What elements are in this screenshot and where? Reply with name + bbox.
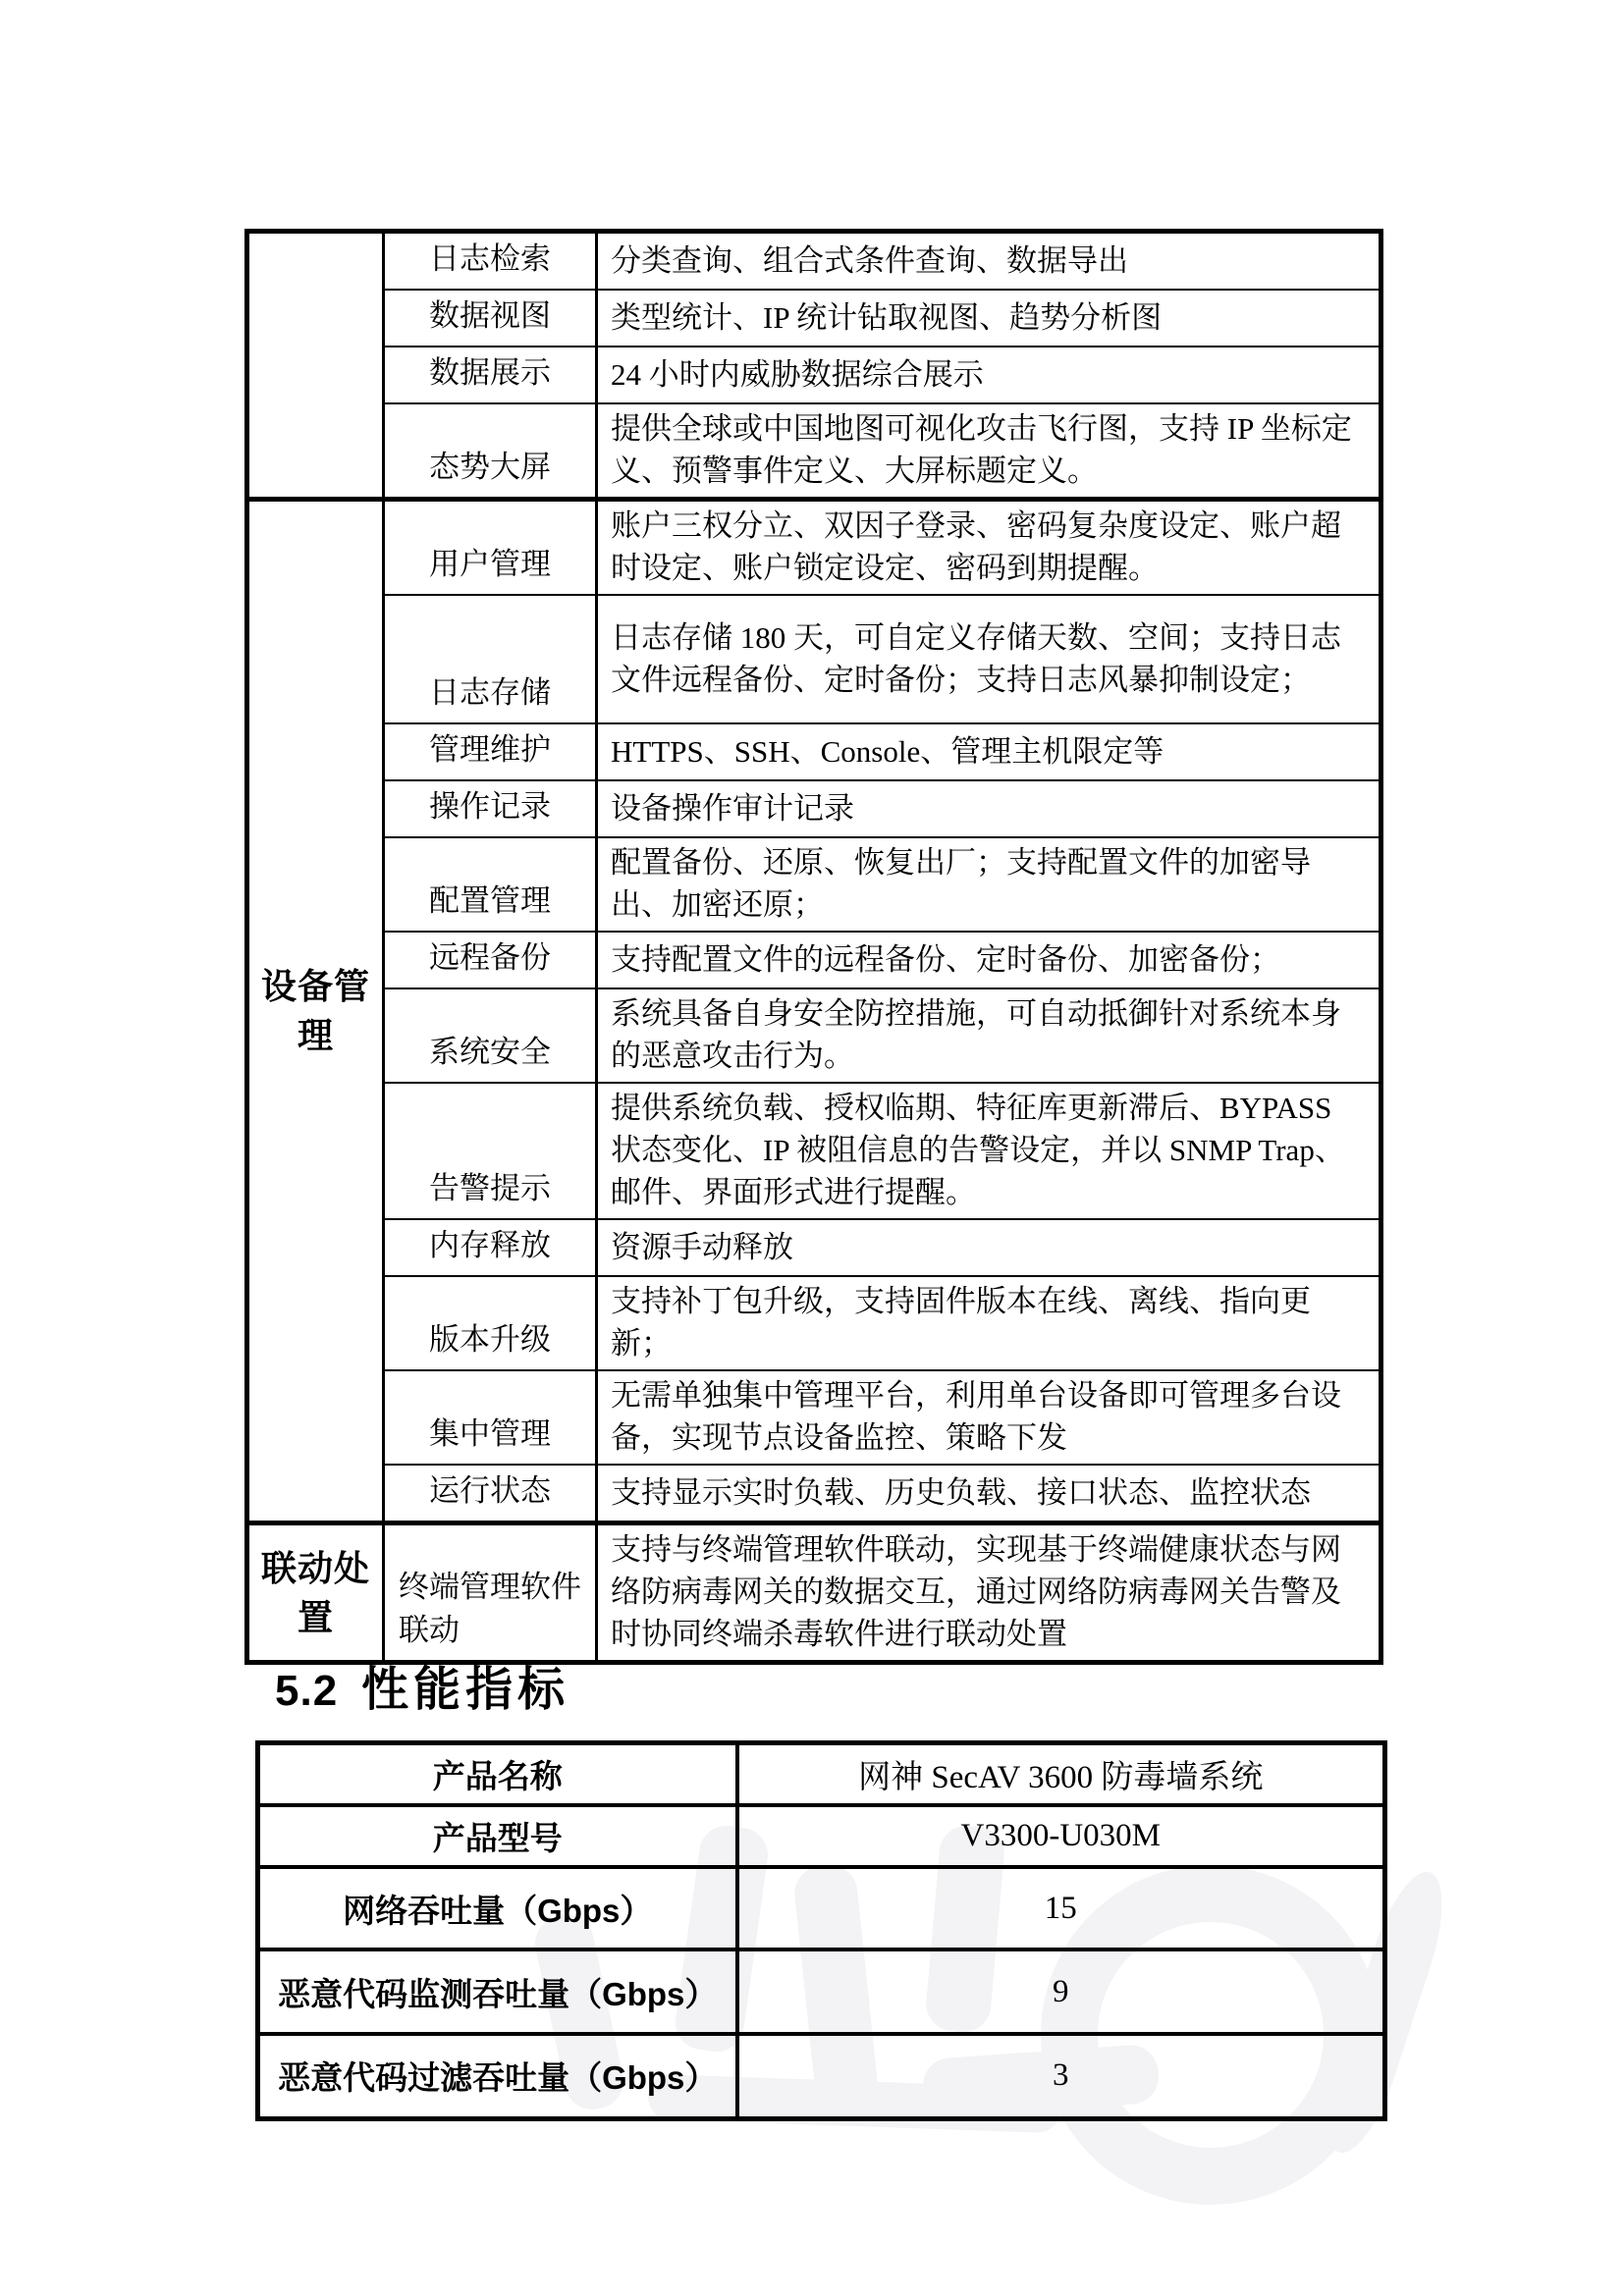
performance-row: 恶意代码过滤吞吐量（Gbps）3 [258, 2034, 1385, 2118]
feature-desc-cell: 24 小时内威胁数据综合展示 [597, 347, 1381, 403]
feature-group-label: 联动处置 [247, 1523, 384, 1663]
feature-desc-cell: 提供系统负载、授权临期、特征库更新滞后、BYPASS 状态变化、IP 被阻信息的… [597, 1083, 1381, 1219]
feature-row: 集中管理无需单独集中管理平台，利用单台设备即可管理多台设备，实现节点设备监控、策… [247, 1370, 1381, 1465]
feature-desc-cell: 支持配置文件的远程备份、定时备份、加密备份； [597, 932, 1381, 988]
feature-name-cell: 集中管理 [384, 1370, 597, 1465]
feature-desc-cell: 无需单独集中管理平台，利用单台设备即可管理多台设备，实现节点设备监控、策略下发 [597, 1370, 1381, 1465]
feature-desc-cell: HTTPS、SSH、Console、管理主机限定等 [597, 723, 1381, 780]
feature-row: 态势大屏提供全球或中国地图可视化攻击飞行图，支持 IP 坐标定义、预警事件定义、… [247, 403, 1381, 500]
performance-row: 恶意代码监测吞吐量（Gbps）9 [258, 1949, 1385, 2034]
section-heading: 5.2 性能指标 [275, 1651, 569, 1719]
feature-name-cell: 内存释放 [384, 1219, 597, 1276]
feature-name-cell: 运行状态 [384, 1465, 597, 1523]
feature-row: 数据视图类型统计、IP 统计钻取视图、趋势分析图 [247, 290, 1381, 347]
feature-row: 联动处置终端管理软件联动支持与终端管理软件联动，实现基于终端健康状态与网络防病毒… [247, 1523, 1381, 1663]
performance-label-cell: 产品型号 [258, 1805, 737, 1867]
feature-desc-cell: 支持与终端管理软件联动，实现基于终端健康状态与网络防病毒网关的数据交互，通过网络… [597, 1523, 1381, 1663]
feature-name-cell: 终端管理软件联动 [384, 1523, 597, 1663]
feature-desc-cell: 类型统计、IP 统计钻取视图、趋势分析图 [597, 290, 1381, 347]
feature-desc-cell: 支持显示实时负载、历史负载、接口状态、监控状态 [597, 1465, 1381, 1523]
feature-row: 日志检索分类查询、组合式条件查询、数据导出 [247, 232, 1381, 291]
feature-row: 告警提示提供系统负载、授权临期、特征库更新滞后、BYPASS 状态变化、IP 被… [247, 1083, 1381, 1219]
feature-desc-cell: 提供全球或中国地图可视化攻击飞行图，支持 IP 坐标定义、预警事件定义、大屏标题… [597, 403, 1381, 500]
performance-value-cell: V3300-U030M [737, 1805, 1385, 1867]
performance-row: 网络吞吐量（Gbps）15 [258, 1867, 1385, 1949]
section-number: 5.2 [275, 1667, 338, 1716]
feature-table: 日志检索分类查询、组合式条件查询、数据导出数据视图类型统计、IP 统计钻取视图、… [244, 229, 1383, 1665]
document-page: 日志检索分类查询、组合式条件查询、数据导出数据视图类型统计、IP 统计钻取视图、… [0, 0, 1624, 2296]
performance-label-cell: 恶意代码监测吞吐量（Gbps） [258, 1949, 737, 2034]
feature-name-cell: 配置管理 [384, 837, 597, 932]
performance-value-cell: 9 [737, 1949, 1385, 2034]
performance-table-body: 产品名称网神 SecAV 3600 防毒墙系统产品型号V3300-U030M网络… [258, 1743, 1385, 2119]
feature-name-cell: 管理维护 [384, 723, 597, 780]
feature-name-cell: 态势大屏 [384, 403, 597, 500]
feature-desc-cell: 配置备份、还原、恢复出厂；支持配置文件的加密导出、加密还原； [597, 837, 1381, 932]
feature-desc-cell: 资源手动释放 [597, 1219, 1381, 1276]
feature-row: 运行状态支持显示实时负载、历史负载、接口状态、监控状态 [247, 1465, 1381, 1523]
feature-row: 操作记录设备操作审计记录 [247, 780, 1381, 837]
feature-table-body: 日志检索分类查询、组合式条件查询、数据导出数据视图类型统计、IP 统计钻取视图、… [247, 232, 1381, 1663]
feature-name-cell: 远程备份 [384, 932, 597, 988]
feature-row: 版本升级支持补丁包升级，支持固件版本在线、离线、指向更新； [247, 1276, 1381, 1370]
section-title: 性能指标 [361, 1651, 569, 1719]
feature-name-cell: 数据视图 [384, 290, 597, 347]
feature-name-cell: 操作记录 [384, 780, 597, 837]
feature-desc-cell: 系统具备自身安全防控措施，可自动抵御针对系统本身的恶意攻击行为。 [597, 988, 1381, 1083]
performance-label-cell: 产品名称 [258, 1743, 737, 1806]
feature-row: 设备管理用户管理账户三权分立、双因子登录、密码复杂度设定、账户超时设定、账户锁定… [247, 500, 1381, 596]
feature-row: 配置管理配置备份、还原、恢复出厂；支持配置文件的加密导出、加密还原； [247, 837, 1381, 932]
feature-row: 远程备份支持配置文件的远程备份、定时备份、加密备份； [247, 932, 1381, 988]
performance-table: 产品名称网神 SecAV 3600 防毒墙系统产品型号V3300-U030M网络… [255, 1740, 1387, 2121]
feature-name-cell: 日志检索 [384, 232, 597, 291]
feature-row: 管理维护HTTPS、SSH、Console、管理主机限定等 [247, 723, 1381, 780]
feature-desc-cell: 支持补丁包升级，支持固件版本在线、离线、指向更新； [597, 1276, 1381, 1370]
feature-desc-cell: 日志存储 180 天，可自定义存储天数、空间；支持日志文件远程备份、定时备份；支… [597, 595, 1381, 723]
feature-name-cell: 日志存储 [384, 595, 597, 723]
feature-group-label: 设备管理 [247, 500, 384, 1523]
feature-row: 系统安全系统具备自身安全防控措施，可自动抵御针对系统本身的恶意攻击行为。 [247, 988, 1381, 1083]
feature-name-cell: 版本升级 [384, 1276, 597, 1370]
feature-name-cell: 系统安全 [384, 988, 597, 1083]
performance-label-cell: 网络吞吐量（Gbps） [258, 1867, 737, 1949]
performance-value-cell: 3 [737, 2034, 1385, 2118]
performance-label-cell: 恶意代码过滤吞吐量（Gbps） [258, 2034, 737, 2118]
performance-row: 产品名称网神 SecAV 3600 防毒墙系统 [258, 1743, 1385, 1806]
feature-name-cell: 数据展示 [384, 347, 597, 403]
performance-row: 产品型号V3300-U030M [258, 1805, 1385, 1867]
feature-desc-cell: 分类查询、组合式条件查询、数据导出 [597, 232, 1381, 291]
feature-group-label [247, 232, 384, 500]
feature-name-cell: 用户管理 [384, 500, 597, 596]
feature-name-cell: 告警提示 [384, 1083, 597, 1219]
performance-value-cell: 15 [737, 1867, 1385, 1949]
feature-row: 内存释放资源手动释放 [247, 1219, 1381, 1276]
feature-desc-cell: 账户三权分立、双因子登录、密码复杂度设定、账户超时设定、账户锁定设定、密码到期提… [597, 500, 1381, 596]
feature-row: 数据展示24 小时内威胁数据综合展示 [247, 347, 1381, 403]
performance-value-cell: 网神 SecAV 3600 防毒墙系统 [737, 1743, 1385, 1806]
feature-row: 日志存储日志存储 180 天，可自定义存储天数、空间；支持日志文件远程备份、定时… [247, 595, 1381, 723]
feature-desc-cell: 设备操作审计记录 [597, 780, 1381, 837]
